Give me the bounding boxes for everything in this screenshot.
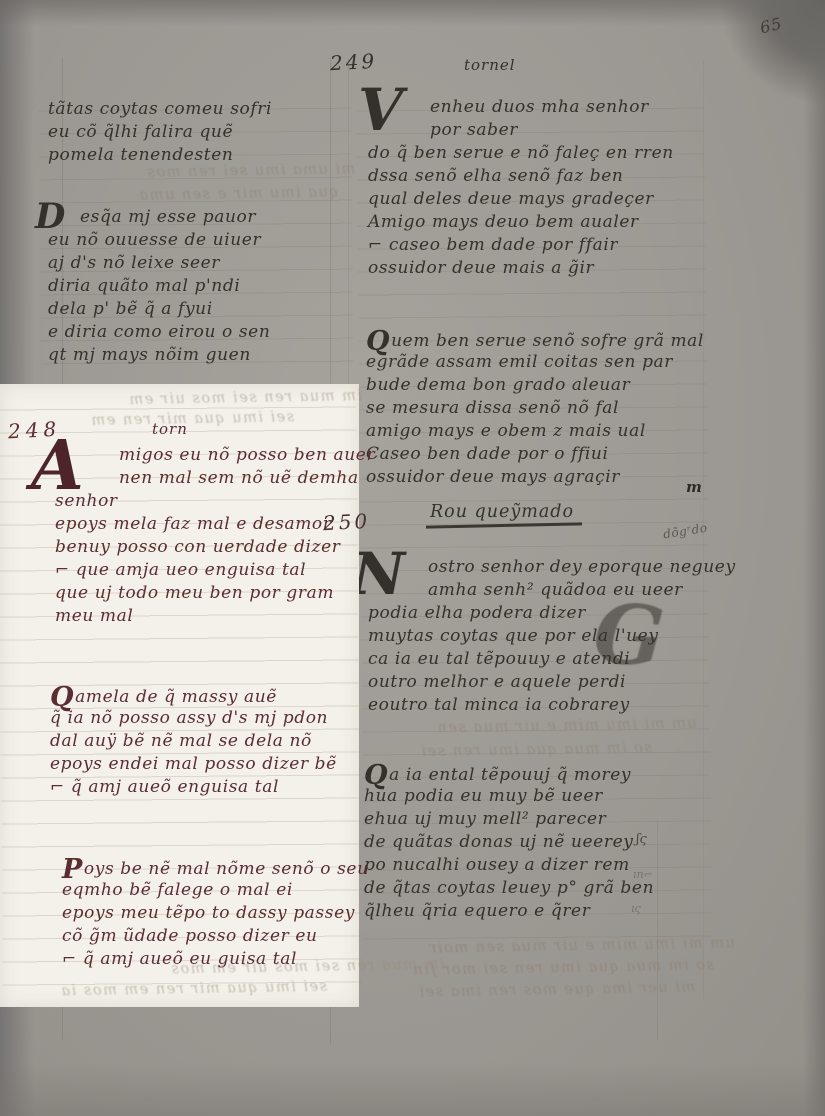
margin-mark: ın⌐ [633, 868, 653, 881]
verse-line: Caseo ben dade por o ffiui [366, 443, 704, 466]
verse-line: esq̃a mj esse pauor [80, 206, 270, 229]
verse-line: Qa ia ental tẽpouuj q̃ morey [364, 762, 654, 785]
verse-line: ⌐ caseo bem dade por ffair [368, 234, 674, 257]
verse-line: ossuidor deue mais a g̃ir [368, 257, 674, 280]
scan-edge-bottom [0, 1062, 825, 1116]
verse-line: que uj todo meu ben por gram [55, 582, 375, 605]
verse-line: hua podia eu muy bẽ ueer [364, 785, 654, 808]
bleedthrough-line: so im mua qua imu ren sei mor fin [412, 957, 714, 978]
poem-stanza: Qamela de q̃ massy auẽq̃ ia nõ posso ass… [50, 684, 337, 799]
column-rule-line [330, 58, 331, 384]
verse-line: dela p' bẽ q̃ a fyui [48, 298, 270, 321]
verse-line: de q̃tas coytas leuey p° grã ben [364, 877, 654, 900]
verse-line: ⌐ q̃ amj aueõ eu guisa tal [62, 948, 369, 971]
poem-number-249: 249 [329, 49, 377, 75]
verse-line: ca ia eu tal tẽpouuy e atendi [368, 648, 736, 671]
poem-stanza: Venheu duos mha senhorpor saberdo q̃ ben… [368, 96, 674, 280]
verse-line: egrãde assam emil coitas sen par [366, 351, 704, 374]
verse-line: muytas coytas que por ela l'uey [368, 625, 736, 648]
illuminated-initial: D [35, 201, 65, 233]
verse-line: de quãtas donas uj nẽ ueerey [364, 831, 654, 854]
verse-line: eu nõ ouuesse de uiuer [48, 229, 270, 252]
verse-line: cõ g̃m ũdade posso dizer eu [62, 925, 369, 948]
verse-line: Quem ben serue senõ sofre grã mal [366, 328, 704, 351]
poem-stanza: Desq̃a mj esse pauoreu nõ ouuesse de uiu… [48, 206, 270, 367]
verse-line: po nucalhi ousey a dizer rem [364, 854, 654, 877]
verse-line: Poys be nẽ mal nõme senõ o seu [62, 856, 369, 879]
poem-stanza: Amigos eu nõ posso ben auernen mal sem n… [55, 444, 375, 628]
poem-number-250: 250 [322, 509, 370, 535]
poem-stanza: tãtas coytas comeu sofrieu cõ q̃lhi fali… [48, 98, 272, 167]
verse-line: pomela tenendesten [48, 144, 272, 167]
verse-line: q̃ ia nõ posso assy d's mj pdon [50, 707, 337, 730]
verse-line: ostro senhor dey eporque neguey [428, 556, 736, 579]
verse-line: ossuidor deue mays agraçir [366, 466, 704, 489]
verse-line: eu cõ q̃lhi falira quẽ [48, 121, 272, 144]
verse-line: q̃lheu q̃ria equero e q̃rer [364, 900, 654, 923]
verse-line: dssa senõ elha senõ faz ben [368, 165, 674, 188]
bleedthrough-line: mi uer ima que mos ren ima sei [418, 980, 695, 1001]
verse-line: senhor [55, 490, 375, 513]
verse-line: tãtas coytas comeu sofri [48, 98, 272, 121]
verse-line: migos eu nõ posso ben auer [119, 444, 375, 467]
verse-line: benuy posso con uerdade dizer [55, 536, 375, 559]
verse-line: aj d's nõ leixe seer [48, 252, 270, 275]
verse-line: bude dema bon grado aleuar [366, 374, 704, 397]
verse-line: amigo mays e obem z mais ual [366, 420, 704, 443]
column-rule-line [348, 58, 349, 384]
verse-line: diria quãto mal p'ndi [48, 275, 270, 298]
column-rule-line [330, 1007, 331, 1045]
verse-line: ⌐ q̃ amj aueõ enguisa tal [50, 776, 337, 799]
verse-line: do q̃ ben serue e nõ faleç en rren [368, 142, 674, 165]
verse-line: epoys endei mal posso dizer bẽ [50, 753, 337, 776]
poem-stanza: Qa ia ental tẽpouuj q̃ moreyhua podia eu… [364, 762, 654, 923]
illuminated-initial: A [31, 436, 84, 497]
verse-line: enheu duos mha senhor [430, 96, 674, 119]
verse-line: eoutro tal minca ia cobrarey [368, 694, 736, 717]
verse-line: amha senh² quãdoa eu ueer [428, 579, 736, 602]
verse-line: se mesura dissa senõ nõ fal [366, 397, 704, 420]
verse-line: qual deles deue mays gradeçer [368, 188, 674, 211]
verse-line: nen mal sem nõ uẽ demha [119, 467, 375, 490]
illuminated-initial: V [358, 84, 403, 136]
verse-line: outro melhor e aquele perdi [368, 671, 736, 694]
scan-edge-right [803, 0, 825, 1116]
rubric-roi-queimado: Rou queỹmado [430, 502, 574, 522]
poem-stanza: Quem ben serue senõ sofre grã malegrãde … [366, 328, 704, 489]
manuscript-page-scan: mi uma imu sei ren mos qua imu mir e sen… [0, 0, 825, 1116]
verse-line: dal auÿ bẽ nẽ mal se dela nõ [50, 730, 337, 753]
verse-line: podia elha podera dizer [368, 602, 736, 625]
column-rule-line [657, 820, 658, 1040]
poem-stanza: Poys be nẽ mal nõme senõ o seueqmho bẽ f… [62, 856, 369, 971]
verse-line: Amigo mays deuo bem aualer [368, 211, 674, 234]
verse-line: epoys meu tẽpo to dassy passey [62, 902, 369, 925]
tornel-heading: tornel [464, 56, 516, 74]
verse-line: Qamela de q̃ massy auẽ [50, 684, 337, 707]
torn-heading: torn [152, 420, 188, 438]
poem-stanza: Nostro senhor dey eporque negueyamha sen… [368, 556, 736, 717]
verse-line: qt mj mays nõim guen [48, 344, 270, 367]
stanza-end-mark: m [686, 478, 701, 496]
verse-line: ehua uj muy mell² parecer [364, 808, 654, 831]
margin-mark: ʃς [636, 832, 647, 847]
verse-line: meu mal [55, 605, 375, 628]
verse-line: e diria como eirou o sen [48, 321, 270, 344]
verse-line: por saber [430, 119, 674, 142]
highlight-region: im mua ren sei mos uir em sei imu qua mi… [0, 384, 359, 1007]
verse-line: eqmho bẽ falege o mal ei [62, 879, 369, 902]
verse-line: ⌐ que amja ueo enguisa tal [55, 559, 375, 582]
margin-mark: ıς [631, 902, 641, 915]
